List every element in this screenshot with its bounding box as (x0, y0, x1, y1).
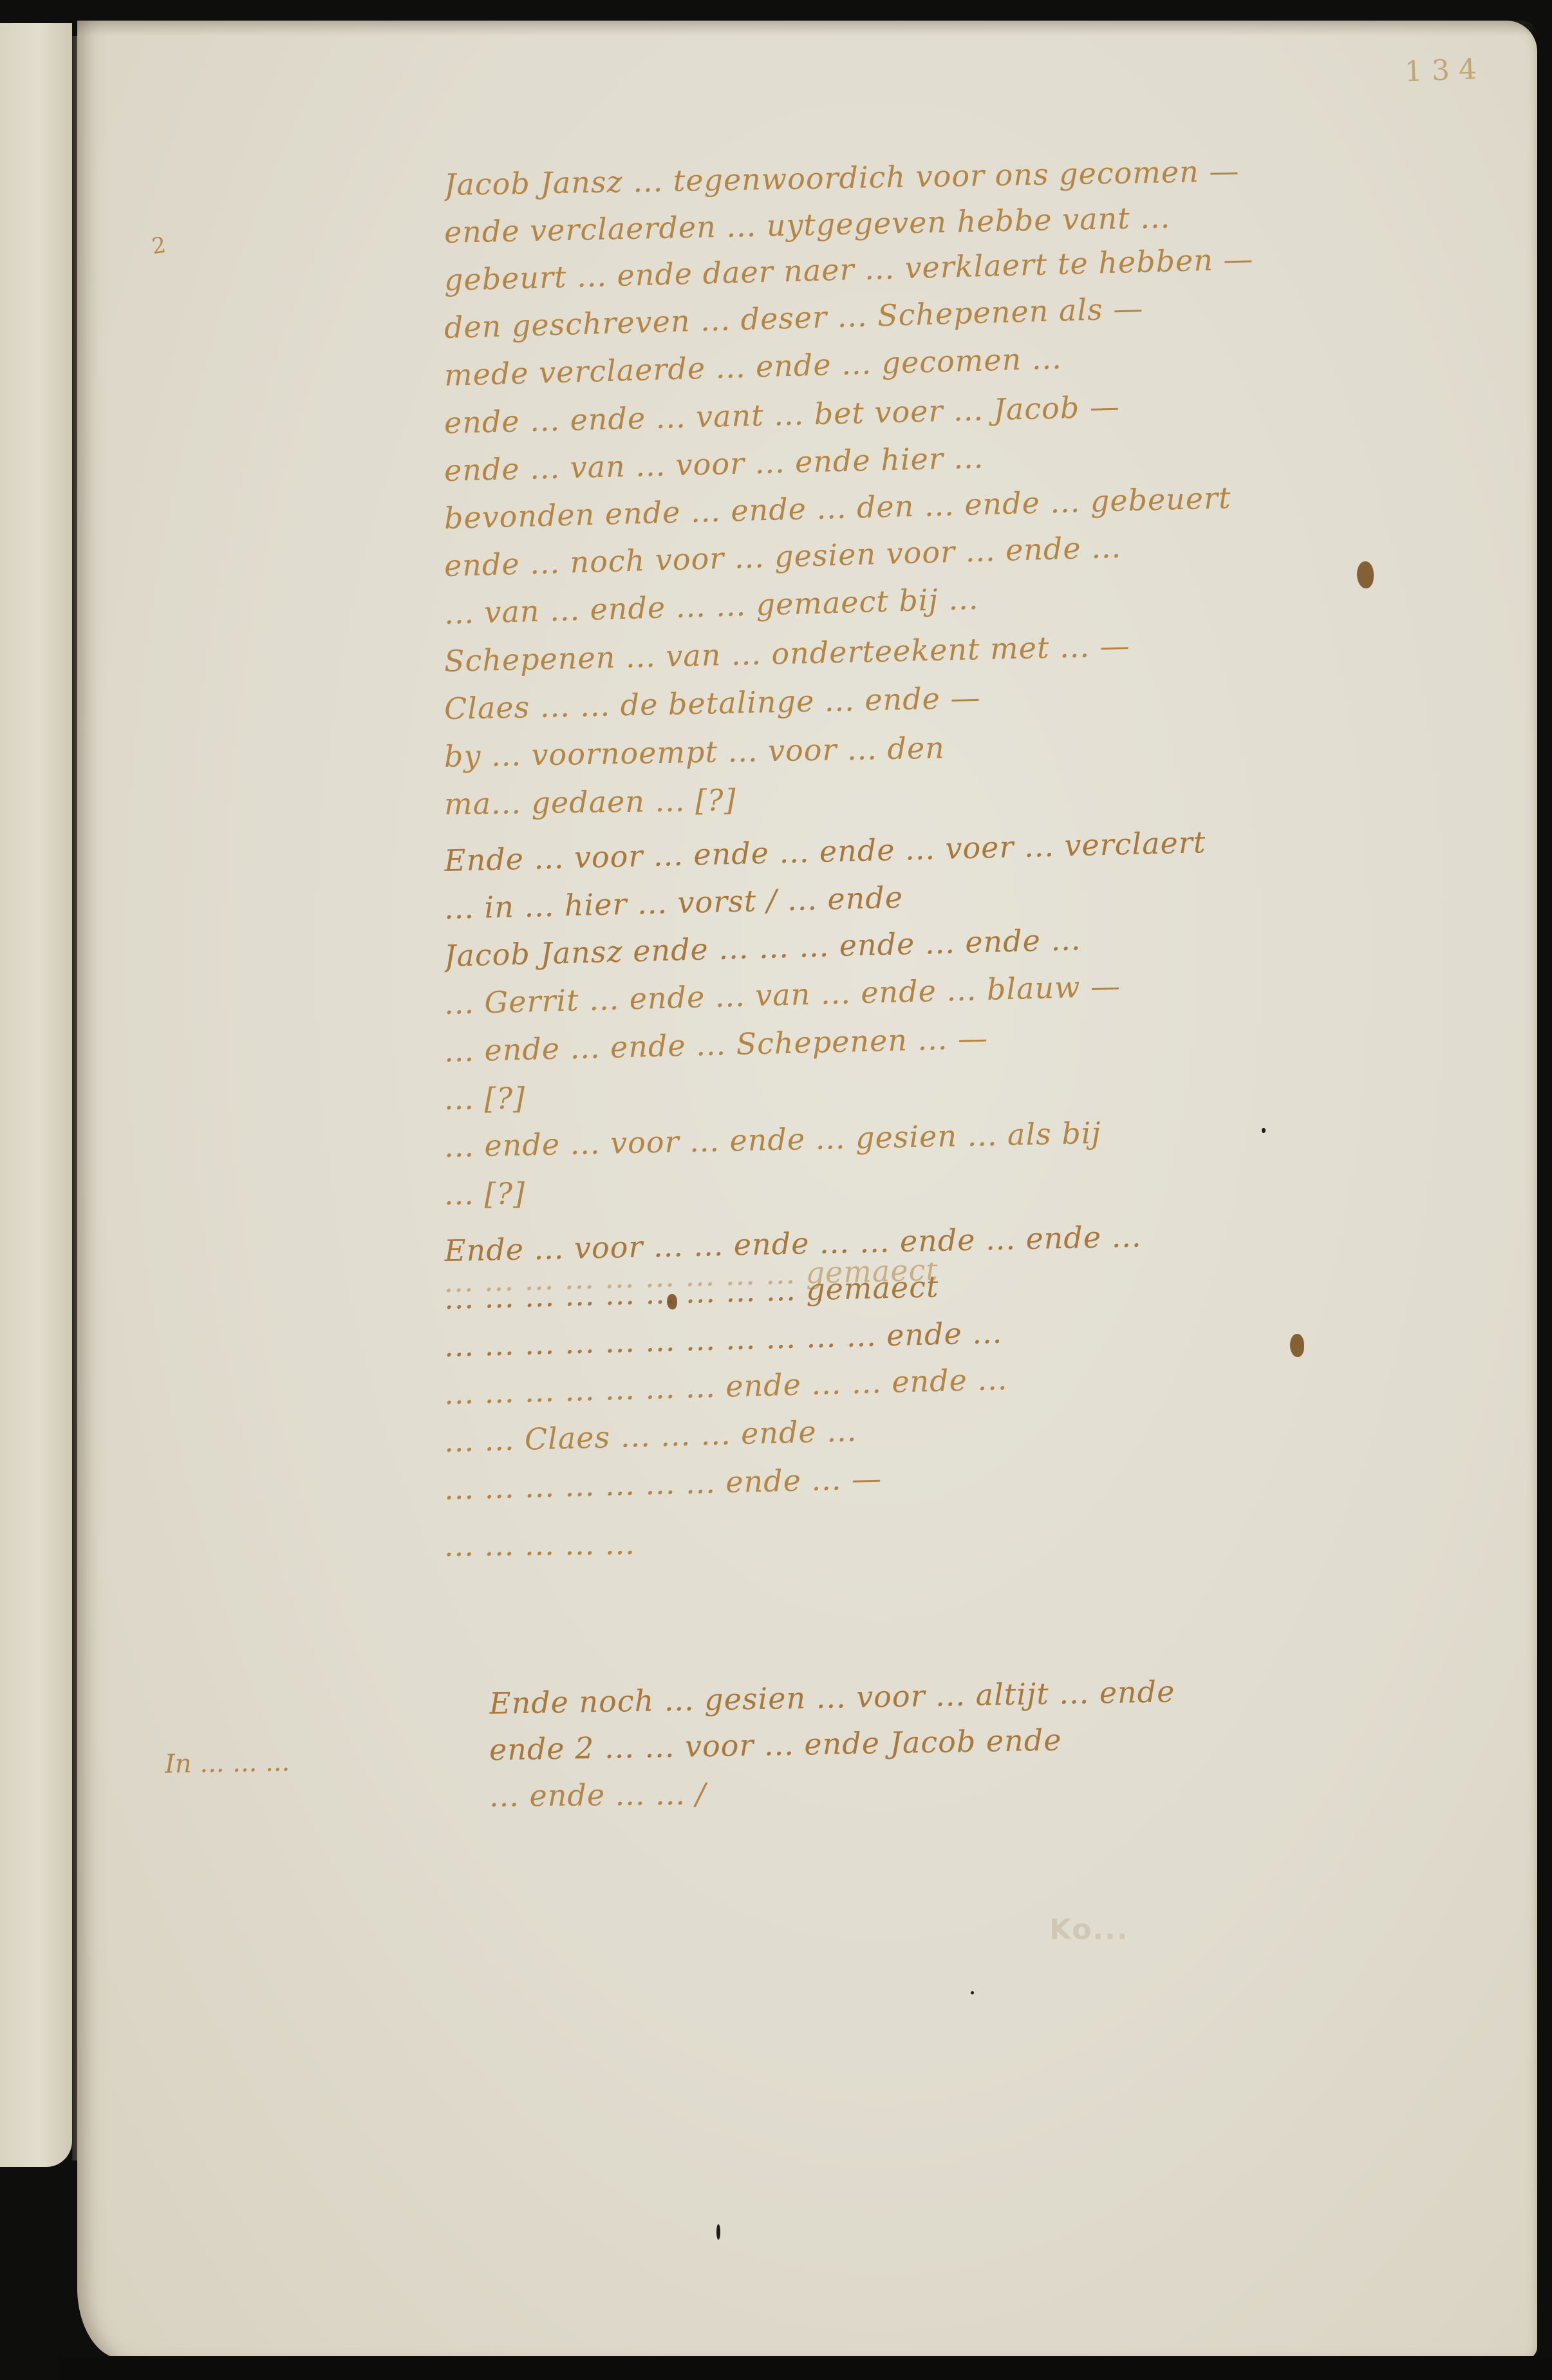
margin-note: In ... ... ... (165, 1747, 290, 1779)
page-top-shadow (77, 21, 1537, 36)
paper-speck (971, 1991, 974, 1994)
paper-speck (1262, 1128, 1266, 1133)
text-line: ... ende ... ... / (489, 1762, 1520, 1819)
folio-number: 134 (1404, 53, 1486, 88)
ink-blot (1290, 1334, 1304, 1357)
ink-blot (667, 1294, 677, 1309)
scan-bottom-edge (58, 2356, 1552, 2380)
left-facing-page (0, 23, 72, 2167)
entry-1: Jacob Jansz ... tegenwoordich voor ons g… (444, 161, 1513, 828)
entry-4: Ende noch ... gesien ... voor ... altijt… (489, 1680, 1519, 1819)
faint-stamp: Ko... (1049, 1913, 1129, 1946)
entry-2: Ende ... voor ... ende ... ende ... voer… (444, 837, 1513, 1218)
text-line: ... ... ... ... ... (444, 1511, 1513, 1569)
manuscript-body: Jacob Jansz ... tegenwoordich voor ons g… (444, 161, 1513, 1569)
ink-blot (1357, 561, 1374, 588)
entry-3: Ende ... voor ... ... ende ... ... ende … (444, 1227, 1513, 1569)
paper-speck (716, 2224, 720, 2240)
